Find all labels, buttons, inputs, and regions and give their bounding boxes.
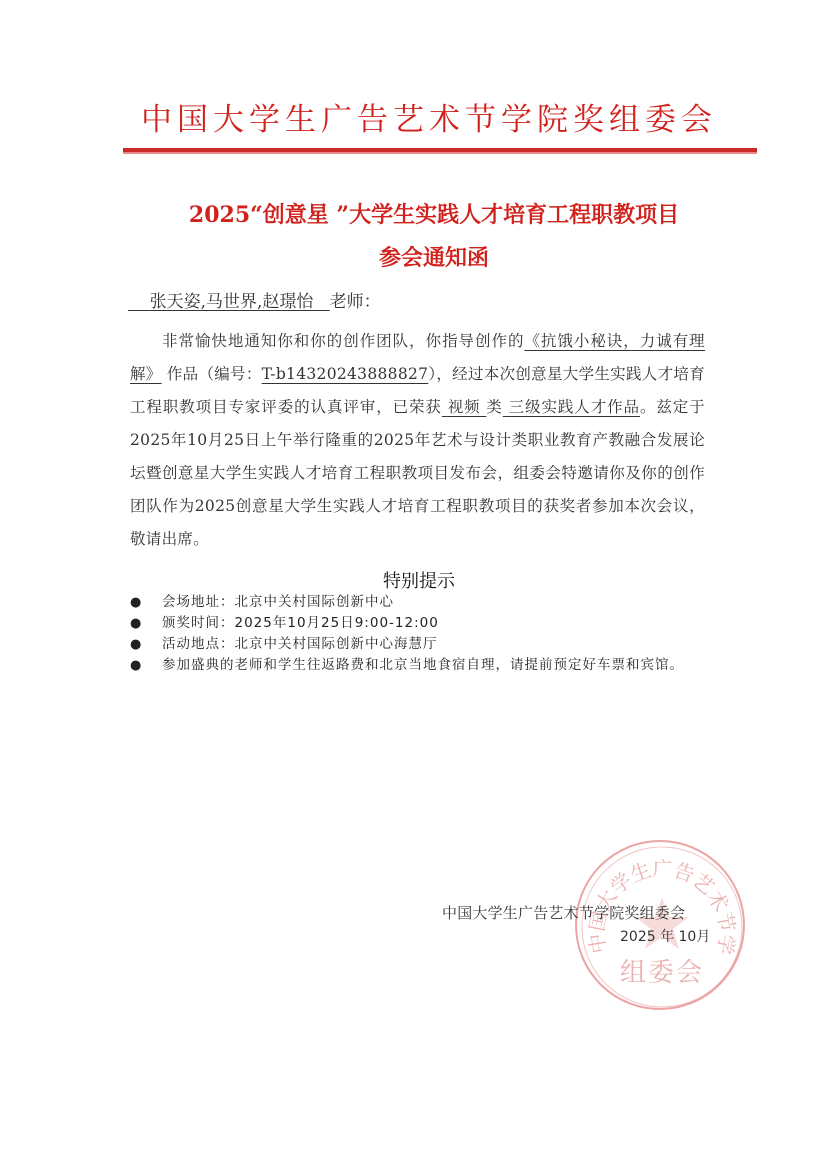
- tip-item: ●会场地址：北京中关村国际创新中心: [130, 592, 700, 613]
- tip-item: ●颁奖时间：2025年10月25日9:00-12:00: [130, 613, 700, 634]
- tip-item: ●参加盛典的老师和学生往返路费和北京当地食宿自理，请提前预定好车票和宾馆。: [130, 655, 700, 676]
- bullet-icon: ●: [130, 613, 142, 634]
- salutation-suffix: 老师：: [330, 292, 381, 312]
- document-subtitle: 参会通知函: [0, 243, 828, 273]
- tip-text: 参加盛典的老师和学生往返路费和北京当地食宿自理，请提前预定好车票和宾馆。: [162, 657, 684, 673]
- bullet-icon: ●: [130, 592, 142, 613]
- tips-list: ●会场地址：北京中关村国际创新中心 ●颁奖时间：2025年10月25日9:00-…: [130, 592, 700, 676]
- award-category-text: 视频: [448, 398, 481, 416]
- org-header: 中国大学生广告艺术节学院奖组委会: [0, 100, 828, 140]
- work-id: T-b14320243888827: [262, 365, 429, 383]
- header-rule-shadow: [123, 152, 757, 154]
- document-title: 2025“创意星 ”大学生实践人才培育工程职教项目: [0, 200, 828, 230]
- salutation: 张天姿,马世界,赵璟怡 老师：: [128, 290, 381, 314]
- tip-text: 颁奖时间：2025年10月25日9:00-12:00: [162, 615, 439, 631]
- body-text: 类: [486, 398, 502, 416]
- body-text: 非常愉快地通知你和你的创作团队，你指导创作的: [162, 332, 524, 350]
- bullet-icon: ●: [130, 655, 142, 676]
- signature-org: 中国大学生广告艺术节学院奖组委会: [442, 902, 685, 923]
- recipient-names: 张天姿,马世界,赵璟怡: [128, 292, 330, 312]
- tip-text: 会场地址：北京中关村国际创新中心: [162, 594, 394, 610]
- award-category: 视频: [442, 398, 487, 416]
- seal-bottom-text: 组委会: [577, 952, 747, 989]
- recipient-names-text: 张天姿,马世界,赵璟怡: [150, 292, 314, 312]
- tip-text: 活动地点：北京中关村国际创新中心海慧厅: [162, 636, 438, 652]
- body-text: 作品（编号：: [167, 365, 262, 383]
- body-paragraph: 非常愉快地通知你和你的创作团队，你指导创作的《抗饿小秘诀，力诚有理解》 作品（编…: [130, 325, 705, 556]
- body-text: 。兹定于2025年10月25日上午举行隆重的2025年艺术与设计类职业教育产教融…: [130, 398, 705, 548]
- award-level-text: 三级实践人才作品: [509, 398, 640, 416]
- official-seal: 中国大学生广告艺术节学院奖 组委会: [575, 840, 745, 1010]
- award-level: 三级实践人才作品: [503, 398, 640, 416]
- signature-date: 2025 年 10月: [620, 926, 710, 946]
- tip-item: ●活动地点：北京中关村国际创新中心海慧厅: [130, 634, 700, 655]
- tips-title: 特别提示: [0, 567, 828, 593]
- bullet-icon: ●: [130, 634, 142, 655]
